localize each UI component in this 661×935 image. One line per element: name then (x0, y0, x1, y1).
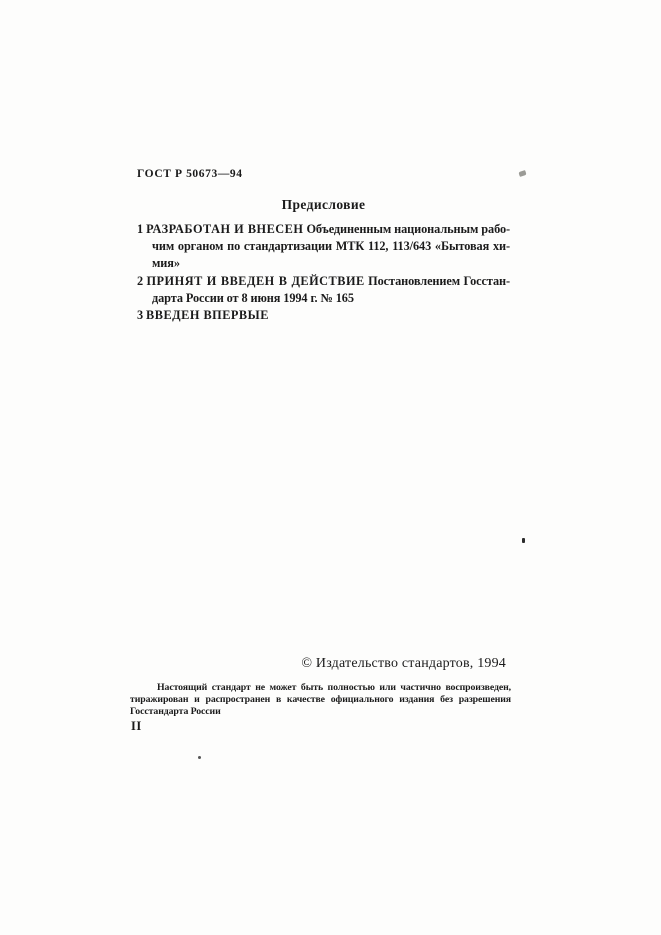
scan-speck-bottom (198, 756, 201, 759)
scan-speck-top (518, 170, 526, 177)
preface-item-2-line-1: 2 ПРИНЯТ И ВВЕДЕН В ДЕЙСТВИЕ Постановлен… (137, 274, 510, 289)
preface-item-2-line-2: дарта России от 8 июня 1994 г. № 165 (152, 291, 354, 306)
copyright-line: © Издательство стандартов, 1994 (137, 656, 506, 672)
scan-speck-middle (522, 538, 525, 543)
preface-item-1-line-3: мия» (152, 256, 180, 271)
item-1-number: 1 (137, 222, 143, 236)
item-3-keyword: ВВЕДЕН ВПЕРВЫЕ (146, 308, 269, 322)
item-2-text: Постановлением Госстан- (368, 274, 510, 288)
item-3-number: 3 (137, 308, 143, 322)
preface-item-1-line-1: 1 РАЗРАБОТАН И ВНЕСЕН Объединенным нацио… (137, 222, 510, 237)
item-1-keyword: РАЗРАБОТАН И ВНЕСЕН (146, 222, 303, 236)
item-2-keyword: ПРИНЯТ И ВВЕДЕН В ДЕЙСТВИЕ (146, 274, 364, 288)
standard-code: ГОСТ Р 50673—94 (137, 168, 243, 180)
disclaimer-line-2: тиражирован и распространен в качестве о… (130, 694, 511, 706)
preface-item-3: 3 ВВЕДЕН ВПЕРВЫЕ (137, 308, 269, 323)
item-2-number: 2 (137, 274, 143, 288)
document-page: ГОСТ Р 50673—94 Предисловие 1 РАЗРАБОТАН… (0, 0, 661, 935)
disclaimer-line-3: Госстандарта России (130, 706, 511, 718)
page-number: II (131, 719, 142, 734)
page-title: Предисловие (137, 197, 510, 213)
item-1-text: Объединенным национальным рабо- (306, 222, 510, 236)
disclaimer-line-1: Настоящий стандарт не может быть полност… (130, 682, 511, 694)
preface-item-1-line-2: чим органом по стандартизации МТК 112, 1… (152, 239, 510, 254)
